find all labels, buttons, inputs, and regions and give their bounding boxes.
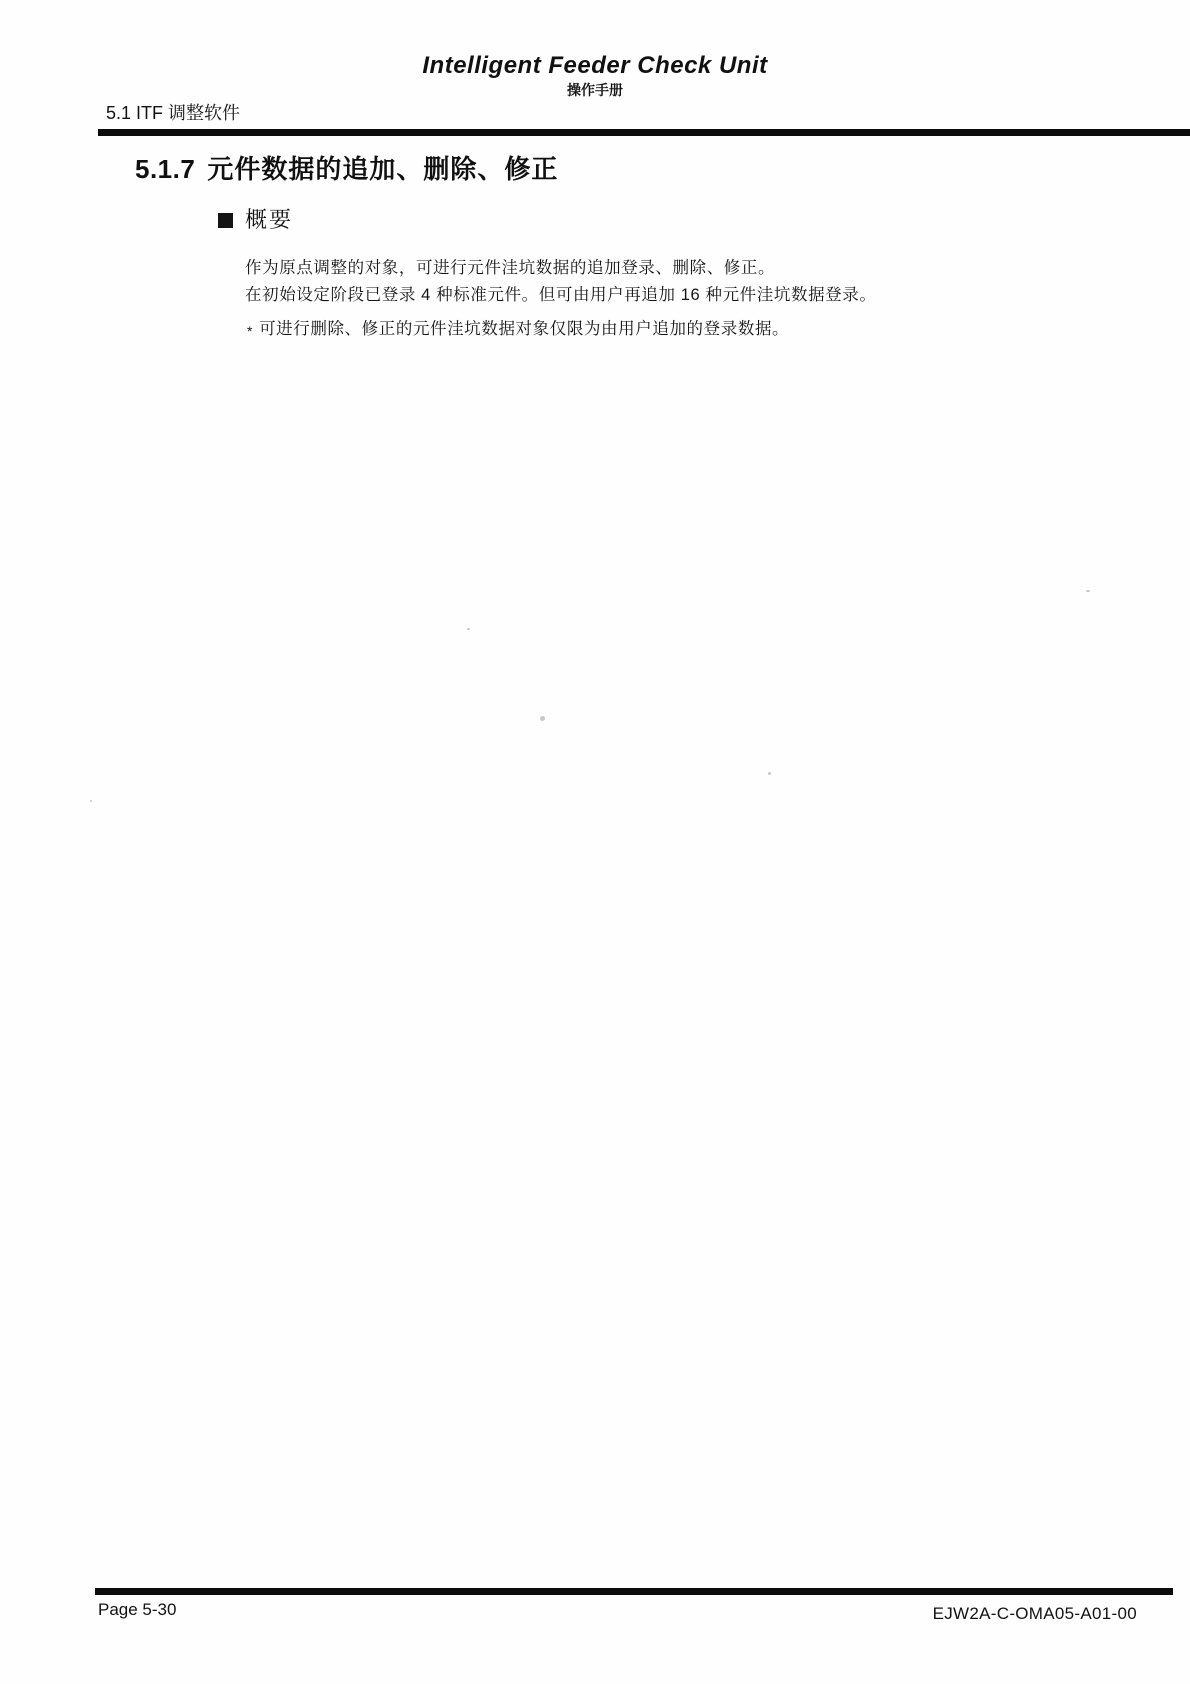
overview-subheading-label: 概要 [245,203,293,234]
scan-speck [1086,590,1090,592]
overview-paragraph-line-1: 作为原点调整的对象，可进行元件洼坑数据的追加登录、删除、修正。 [245,255,876,282]
overview-paragraph-line-2: 在初始设定阶段已登录 4 种标准元件。但可由用户再追加 16 种元件洼坑数据登录… [245,282,876,309]
scan-speck [768,772,771,775]
footnote: *可进行删除、修正的元件洼坑数据对象仅限为由用户追加的登录数据。 [247,315,789,339]
asterisk-marker: * [247,323,253,339]
overview-subheading: 概要 [218,203,293,234]
header-divider-rule [98,129,1190,136]
scan-speck [467,628,470,630]
footnote-text: 可进行删除、修正的元件洼坑数据对象仅限为由用户追加的登录数据。 [259,320,789,338]
section-heading-number: 5.1.7 [135,154,195,184]
page-number-label: Page 5-30 [98,1600,176,1620]
header-subtitle: 操作手册 [0,80,1190,100]
overview-paragraph: 作为原点调整的对象，可进行元件洼坑数据的追加登录、删除、修正。 在初始设定阶段已… [245,255,876,309]
square-bullet-icon [218,213,233,228]
section-heading: 5.1.7元件数据的追加、删除、修正 [135,149,558,186]
running-section-reference: 5.1 ITF 调整软件 [106,99,240,125]
footer-divider-rule [95,1588,1173,1595]
document-number: EJW2A-C-OMA05-A01-00 [933,1604,1137,1624]
page-title: Intelligent Feeder Check Unit [0,52,1190,80]
document-page: Intelligent Feeder Check Unit 操作手册 5.1 I… [0,0,1190,1684]
scan-speck [90,800,92,802]
scan-speck [540,716,545,721]
section-heading-text: 元件数据的追加、删除、修正 [207,154,558,184]
